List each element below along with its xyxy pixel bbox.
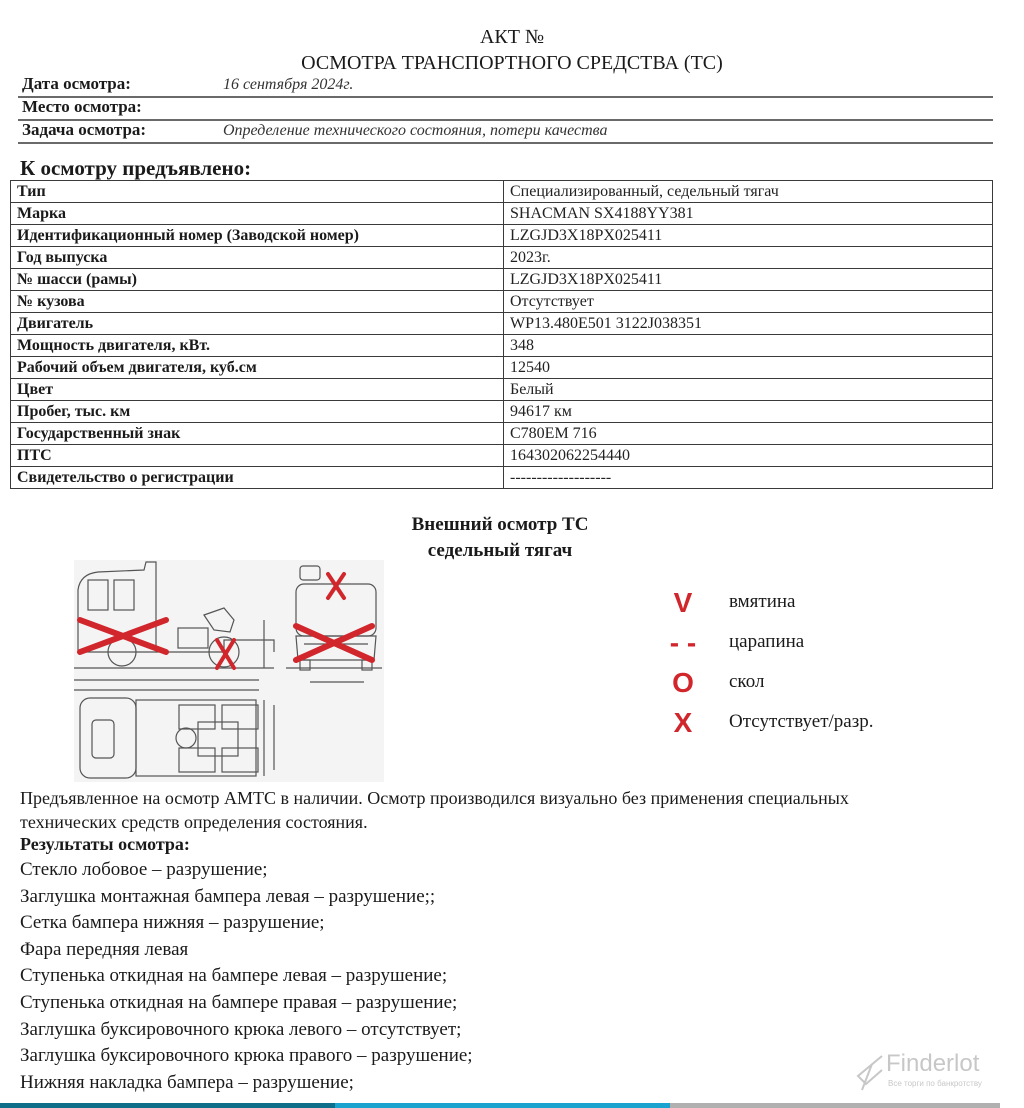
spec-value: 94617 км xyxy=(504,401,993,423)
table-row: Государственный знакС780ЕМ 716 xyxy=(11,423,993,445)
results-list: Стекло лобовое – разрушение;Заглушка мон… xyxy=(20,857,473,1096)
table-row: МаркаSHACMAN SX4188YY381 xyxy=(11,203,993,225)
list-item: Заглушка буксировочного крюка левого – о… xyxy=(20,1017,473,1044)
spec-value: 164302062254440 xyxy=(504,445,993,467)
finderlot-logo-icon xyxy=(852,1050,886,1096)
missing-mark-icon: X xyxy=(665,705,701,741)
list-item: Ступенька откидная на бампере левая – ра… xyxy=(20,963,473,990)
legend-label: царапина xyxy=(729,631,804,653)
bar-segment xyxy=(335,1103,670,1108)
legend-label: Отсутствует/разр. xyxy=(729,711,874,733)
spec-value: 12540 xyxy=(504,357,993,379)
bar-segment xyxy=(0,1103,335,1108)
spec-value: Специализированный, седельный тягач xyxy=(504,181,993,203)
spec-key: Рабочий объем двигателя, куб.см xyxy=(11,357,504,379)
missing-mark-icon xyxy=(328,574,344,598)
table-row: Свидетельство о регистрации-------------… xyxy=(11,467,993,489)
spec-value: ------------------- xyxy=(504,467,993,489)
spec-value: Белый xyxy=(504,379,993,401)
meta-label: Место осмотра: xyxy=(22,97,142,117)
meta-row-date: Дата осмотра: 16 сентября 2024г. xyxy=(18,74,993,98)
watermark-subtitle: Все торги по банкротству xyxy=(888,1079,982,1088)
list-item: Заглушка буксировочного крюка правого – … xyxy=(20,1043,473,1070)
chip-mark-icon: O xyxy=(665,665,701,701)
spec-value: С780ЕМ 716 xyxy=(504,423,993,445)
spec-key: Марка xyxy=(11,203,504,225)
spec-key: Идентификационный номер (Заводской номер… xyxy=(11,225,504,247)
list-item: Заглушка монтажная бампера левая – разру… xyxy=(20,884,473,911)
missing-mark-icon xyxy=(217,640,234,668)
meta-value: 16 сентября 2024г. xyxy=(223,76,353,94)
presented-heading: К осмотру предъявлено: xyxy=(20,156,251,181)
table-row: Пробег, тыс. км94617 км xyxy=(11,401,993,423)
bar-segment xyxy=(670,1103,1000,1108)
spec-value: WP13.480E501 3122J038351 xyxy=(504,313,993,335)
spec-key: Свидетельство о регистрации xyxy=(11,467,504,489)
legend-label: скол xyxy=(729,671,764,693)
list-item: Сетка бампера нижняя – разрушение; xyxy=(20,910,473,937)
table-row: ТипСпециализированный, седельный тягач xyxy=(11,181,993,203)
meta-row-task: Задача осмотра: Определение технического… xyxy=(18,120,993,144)
spec-key: Цвет xyxy=(11,379,504,401)
spec-key: ПТС xyxy=(11,445,504,467)
results-heading: Результаты осмотра: xyxy=(20,834,190,855)
inspection-note: Предъявленное на осмотр АМТС в наличии. … xyxy=(20,786,920,834)
table-row: Рабочий объем двигателя, куб.см12540 xyxy=(11,357,993,379)
spec-key: Тип xyxy=(11,181,504,203)
spec-key: № кузова xyxy=(11,291,504,313)
spec-key: Двигатель xyxy=(11,313,504,335)
meta-label: Дата осмотра: xyxy=(22,74,131,94)
bottom-color-bar xyxy=(0,1103,1024,1108)
finderlot-watermark: Finderlot Все торги по банкротству xyxy=(852,1050,1022,1096)
table-row: ДвигательWP13.480E501 3122J038351 xyxy=(11,313,993,335)
spec-key: Пробег, тыс. км xyxy=(11,401,504,423)
spec-value: LZGJD3X18PX025411 xyxy=(504,225,993,247)
spec-value: LZGJD3X18PX025411 xyxy=(504,269,993,291)
list-item: Стекло лобовое – разрушение; xyxy=(20,857,473,884)
table-row: Мощность двигателя, кВт.348 xyxy=(11,335,993,357)
spec-value: 348 xyxy=(504,335,993,357)
list-item: Нижняя накладка бампера – разрушение; xyxy=(20,1070,473,1097)
meta-row-place: Место осмотра: xyxy=(18,97,993,121)
spec-key: Государственный знак xyxy=(11,423,504,445)
truck-schematic-icon xyxy=(74,560,384,782)
spec-value: 2023г. xyxy=(504,247,993,269)
spec-value: Отсутствует xyxy=(504,291,993,313)
missing-mark-icon xyxy=(80,620,166,652)
missing-mark-icon xyxy=(296,626,372,660)
truck-top-view xyxy=(80,698,274,778)
spec-key: Год выпуска xyxy=(11,247,504,269)
dent-mark-icon: V xyxy=(665,585,701,621)
table-row: № кузоваОтсутствует xyxy=(11,291,993,313)
table-row: Идентификационный номер (Заводской номер… xyxy=(11,225,993,247)
legend-label: вмятина xyxy=(729,591,795,613)
table-row: ЦветБелый xyxy=(11,379,993,401)
table-row: ПТС164302062254440 xyxy=(11,445,993,467)
list-item: Ступенька откидная на бампере правая – р… xyxy=(20,990,473,1017)
meta-label: Задача осмотра: xyxy=(22,120,146,140)
scratch-mark-icon: - - xyxy=(665,625,701,661)
act-subtitle: ОСМОТРА ТРАНСПОРТНОГО СРЕДСТВА (ТС) xyxy=(0,52,1024,75)
external-title-line1: Внешний осмотр ТС xyxy=(300,512,700,538)
table-row: № шасси (рамы)LZGJD3X18PX025411 xyxy=(11,269,993,291)
spec-value: SHACMAN SX4188YY381 xyxy=(504,203,993,225)
table-row: Год выпуска2023г. xyxy=(11,247,993,269)
watermark-name: Finderlot xyxy=(886,1050,979,1078)
spec-key: № шасси (рамы) xyxy=(11,269,504,291)
vehicle-spec-table: ТипСпециализированный, седельный тягачМа… xyxy=(10,180,993,489)
list-item: Фара передняя левая xyxy=(20,937,473,964)
meta-value: Определение технического состояния, поте… xyxy=(223,122,608,140)
spec-key: Мощность двигателя, кВт. xyxy=(11,335,504,357)
bar-segment xyxy=(1000,1103,1024,1108)
external-inspection-title: Внешний осмотр ТС седельный тягач xyxy=(300,512,700,564)
act-title: АКТ № xyxy=(0,26,1024,49)
